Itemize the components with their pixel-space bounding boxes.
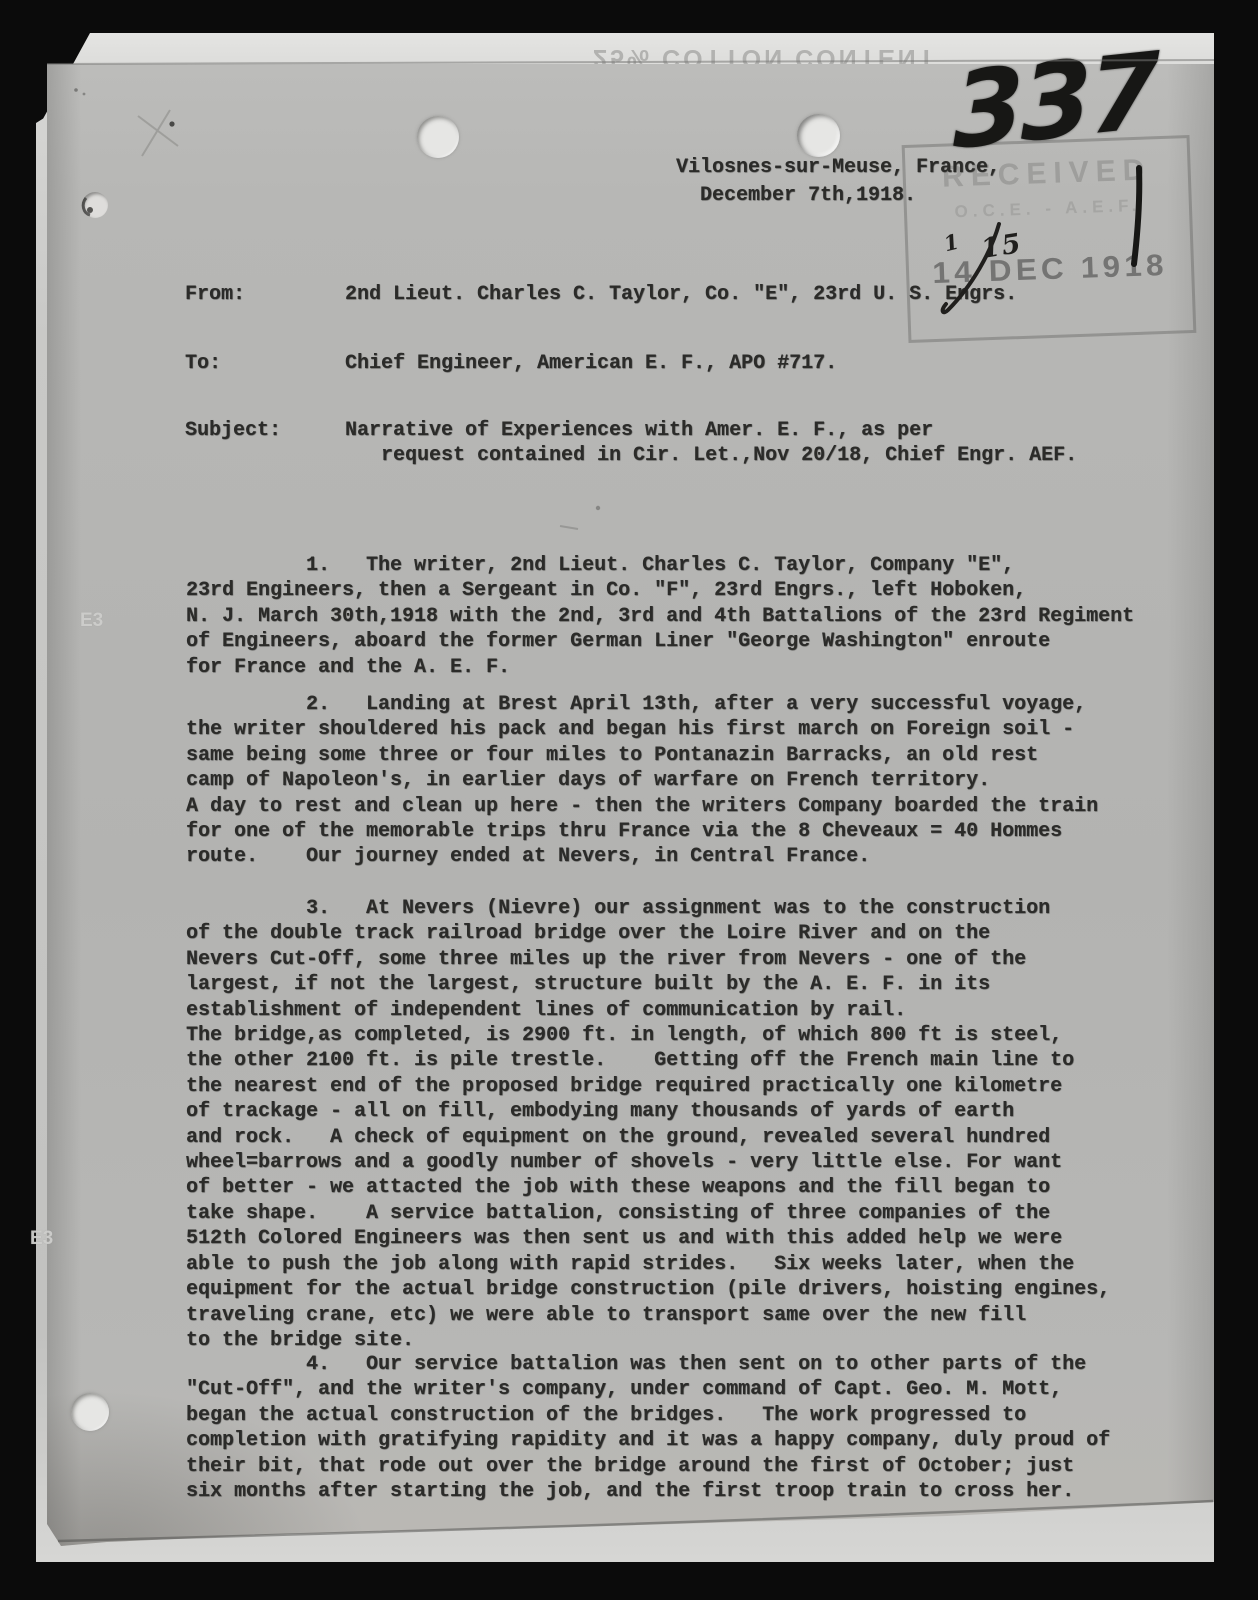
punch-hole-bottom-left: [71, 1393, 109, 1431]
handwritten-337: 337: [951, 29, 1157, 173]
paragraph-3: 3. At Nevers (Nievre) our assignment was…: [186, 896, 1151, 1353]
handwritten-fraction-denominator: 15: [979, 228, 1025, 265]
letterhead-date: December 7th,1918.: [700, 183, 916, 208]
margin-mark-e3-upper: E3: [80, 610, 103, 632]
scan-background: { "page": { "handwritten_number": "337",…: [0, 0, 1258, 1600]
stamp-office-line: O.C.E. - A.E.F.: [907, 194, 1190, 224]
to-value: Chief Engineer, American E. F., APO #717…: [345, 351, 837, 376]
from-value: 2nd Lieut. Charles C. Taylor, Co. "E", 2…: [345, 282, 1017, 307]
from-label: From:: [185, 282, 245, 307]
subject-value: Narrative of Experiences with Amer. E. F…: [345, 418, 1145, 469]
letterhead-place: Vilosnes-sur-Meuse, France,: [676, 155, 1000, 180]
margin-mark-e3-lower: E3: [30, 1228, 53, 1250]
paragraph-2: 2. Landing at Brest April 13th, after a …: [186, 692, 1151, 870]
paper-damage-spot: [82, 192, 108, 218]
punch-hole-top-right: [797, 114, 840, 157]
punch-hole-top-left: [417, 116, 459, 158]
paragraph-4: 4. Our service battalion was then sent o…: [186, 1352, 1151, 1504]
to-label: To:: [185, 351, 221, 376]
subject-label: Subject:: [185, 418, 281, 443]
paragraph-1: 1. The writer, 2nd Lieut. Charles C. Tay…: [186, 553, 1151, 680]
